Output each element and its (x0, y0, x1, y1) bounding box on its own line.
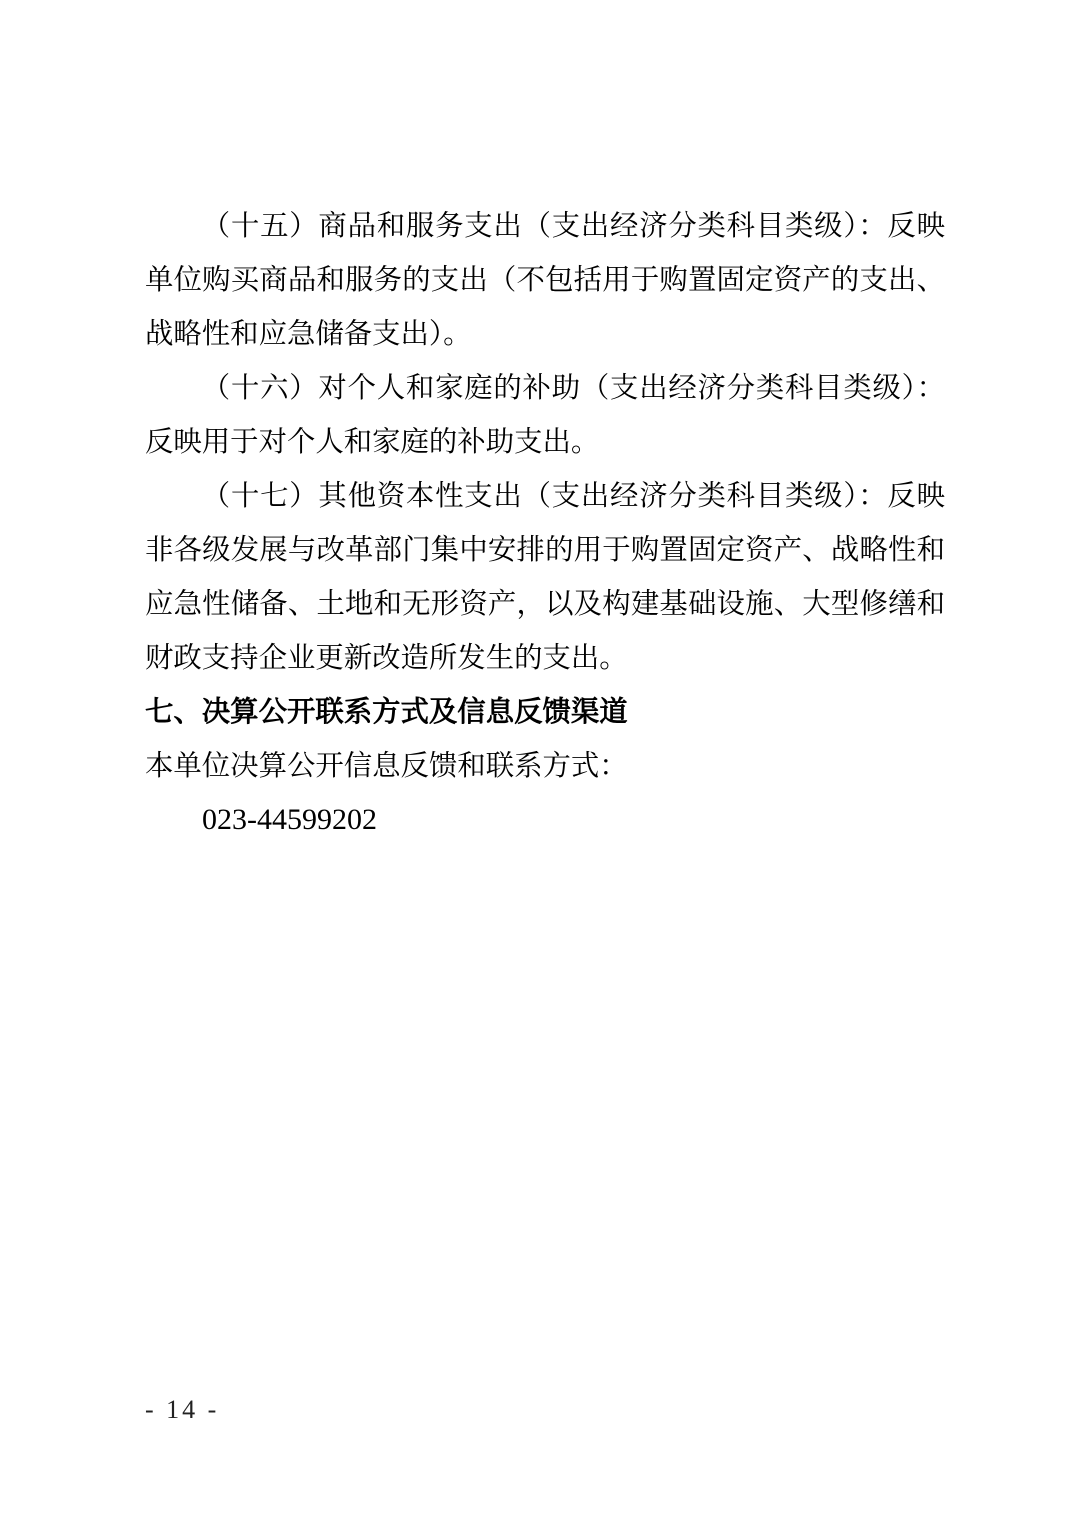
paragraph-item-15: （十五）商品和服务支出（支出经济分类科目类级）：反映单位购买商品和服务的支出（不… (145, 199, 945, 361)
page-number-footer: - 14 - (145, 1395, 219, 1425)
contact-phone-number: 023-44599202 (145, 793, 945, 847)
document-page: （十五）商品和服务支出（支出经济分类科目类级）：反映单位购买商品和服务的支出（不… (0, 0, 1074, 1520)
paragraph-item-16: （十六）对个人和家庭的补助（支出经济分类科目类级）：反映用于对个人和家庭的补助支… (145, 361, 945, 469)
document-body: （十五）商品和服务支出（支出经济分类科目类级）：反映单位购买商品和服务的支出（不… (145, 199, 945, 847)
contact-intro-line: 本单位决算公开信息反馈和联系方式： (145, 739, 945, 793)
paragraph-item-17: （十七）其他资本性支出（支出经济分类科目类级）：反映非各级发展与改革部门集中安排… (145, 469, 945, 685)
section-heading: 七、决算公开联系方式及信息反馈渠道 (145, 685, 945, 739)
